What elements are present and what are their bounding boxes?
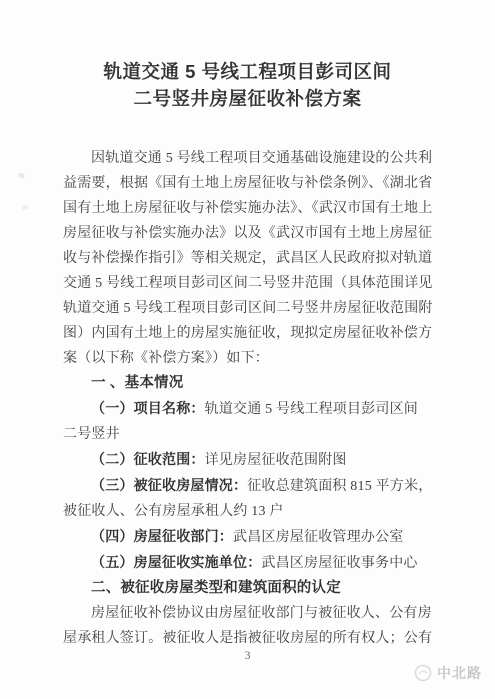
item-expropriation-department-value: 武昌区房屋征收管理办公室	[233, 530, 403, 545]
page-number: 3	[0, 648, 495, 662]
item-expropriation-scope-label: （二）征收范围：	[91, 451, 205, 467]
document-title: 轨道交通 5 号线工程项目彭司区间 二号竖井房屋征收补偿方案	[0, 58, 495, 112]
title-line-1: 轨道交通 5 号线工程项目彭司区间	[0, 58, 495, 85]
item-housing-situation-continuation: 被征收人、公有房屋承租人约 13 户	[63, 499, 435, 524]
document-body: 因轨道交通 5 号线工程项目交通基础设施建设的公共利 益需要，根据《国有土地上房…	[63, 146, 435, 651]
section2-line: 房屋征收补偿协议由房屋征收部门与被征收人、公有房	[63, 601, 435, 626]
intro-line: 益需要，根据《国有土地上房屋征收与补偿条例》、《湖北省	[63, 171, 435, 196]
intro-line: 因轨道交通 5 号线工程项目交通基础设施建设的公共利	[63, 146, 435, 171]
item-implementing-unit: （五）房屋征收实施单位：武昌区房屋征收事务中心	[63, 550, 435, 576]
intro-line: 房屋征收与补偿实施办法》以及《武汉市国有土地上房屋征	[63, 221, 435, 246]
watermark-text: 中北路	[437, 663, 482, 683]
intro-line: 案（以下称《补偿方案》）如下：	[63, 346, 435, 371]
intro-line: 收与补偿操作指引》等相关规定，武昌区人民政府拟对轨道	[63, 246, 435, 271]
intro-line: 轨道交通 5 号线工程项目彭司区间二号竖井房屋征收范围附	[63, 296, 435, 321]
intro-line: 国有土地上房屋征收与补偿实施办法》、《武汉市国有土地上	[63, 196, 435, 221]
scan-artifact	[22, 205, 28, 210]
item-housing-situation-value: 征收总建筑面积 815 平方米，	[247, 479, 432, 494]
intro-line: 图）内国有土地上的房屋实施征收，现拟定房屋征收补偿方	[63, 321, 435, 346]
scan-artifact	[17, 172, 25, 179]
item-project-name-value: 轨道交通 5 号线工程项目彭司区间	[205, 402, 418, 417]
item-expropriation-scope-value: 详见房屋征收范围附图	[205, 453, 347, 468]
intro-line: 交通 5 号线工程项目彭司区间二号竖井范围（具体范围详见	[63, 271, 435, 296]
title-line-2: 二号竖井房屋征收补偿方案	[0, 85, 495, 112]
watermark-circle-logo-icon	[414, 664, 432, 682]
watermark: 中北路	[414, 663, 482, 683]
item-expropriation-scope: （二）征收范围：详见房屋征收范围附图	[63, 447, 435, 473]
item-implementing-unit-label: （五）房屋征收实施单位：	[91, 554, 261, 570]
item-project-name: （一）项目名称：轨道交通 5 号线工程项目彭司区间	[63, 396, 435, 422]
item-expropriation-department-label: （四）房屋征收部门：	[91, 528, 233, 544]
item-implementing-unit-value: 武昌区房屋征收事务中心	[261, 556, 417, 571]
section2-heading: 二、被征收房屋类型和建筑面积的认定	[63, 576, 435, 601]
item-project-name-label: （一）项目名称：	[91, 400, 205, 416]
item-housing-situation: （三）被征收房屋情况：征收总建筑面积 815 平方米，	[63, 473, 435, 499]
section1-heading: 一 、基本情况	[63, 371, 435, 396]
item-housing-situation-label: （三）被征收房屋情况：	[91, 477, 247, 493]
item-expropriation-department: （四）房屋征收部门：武昌区房屋征收管理办公室	[63, 524, 435, 550]
document-page: 轨道交通 5 号线工程项目彭司区间 二号竖井房屋征收补偿方案 因轨道交通 5 号…	[0, 0, 495, 699]
item-project-name-continuation: 二号竖井	[63, 422, 435, 447]
